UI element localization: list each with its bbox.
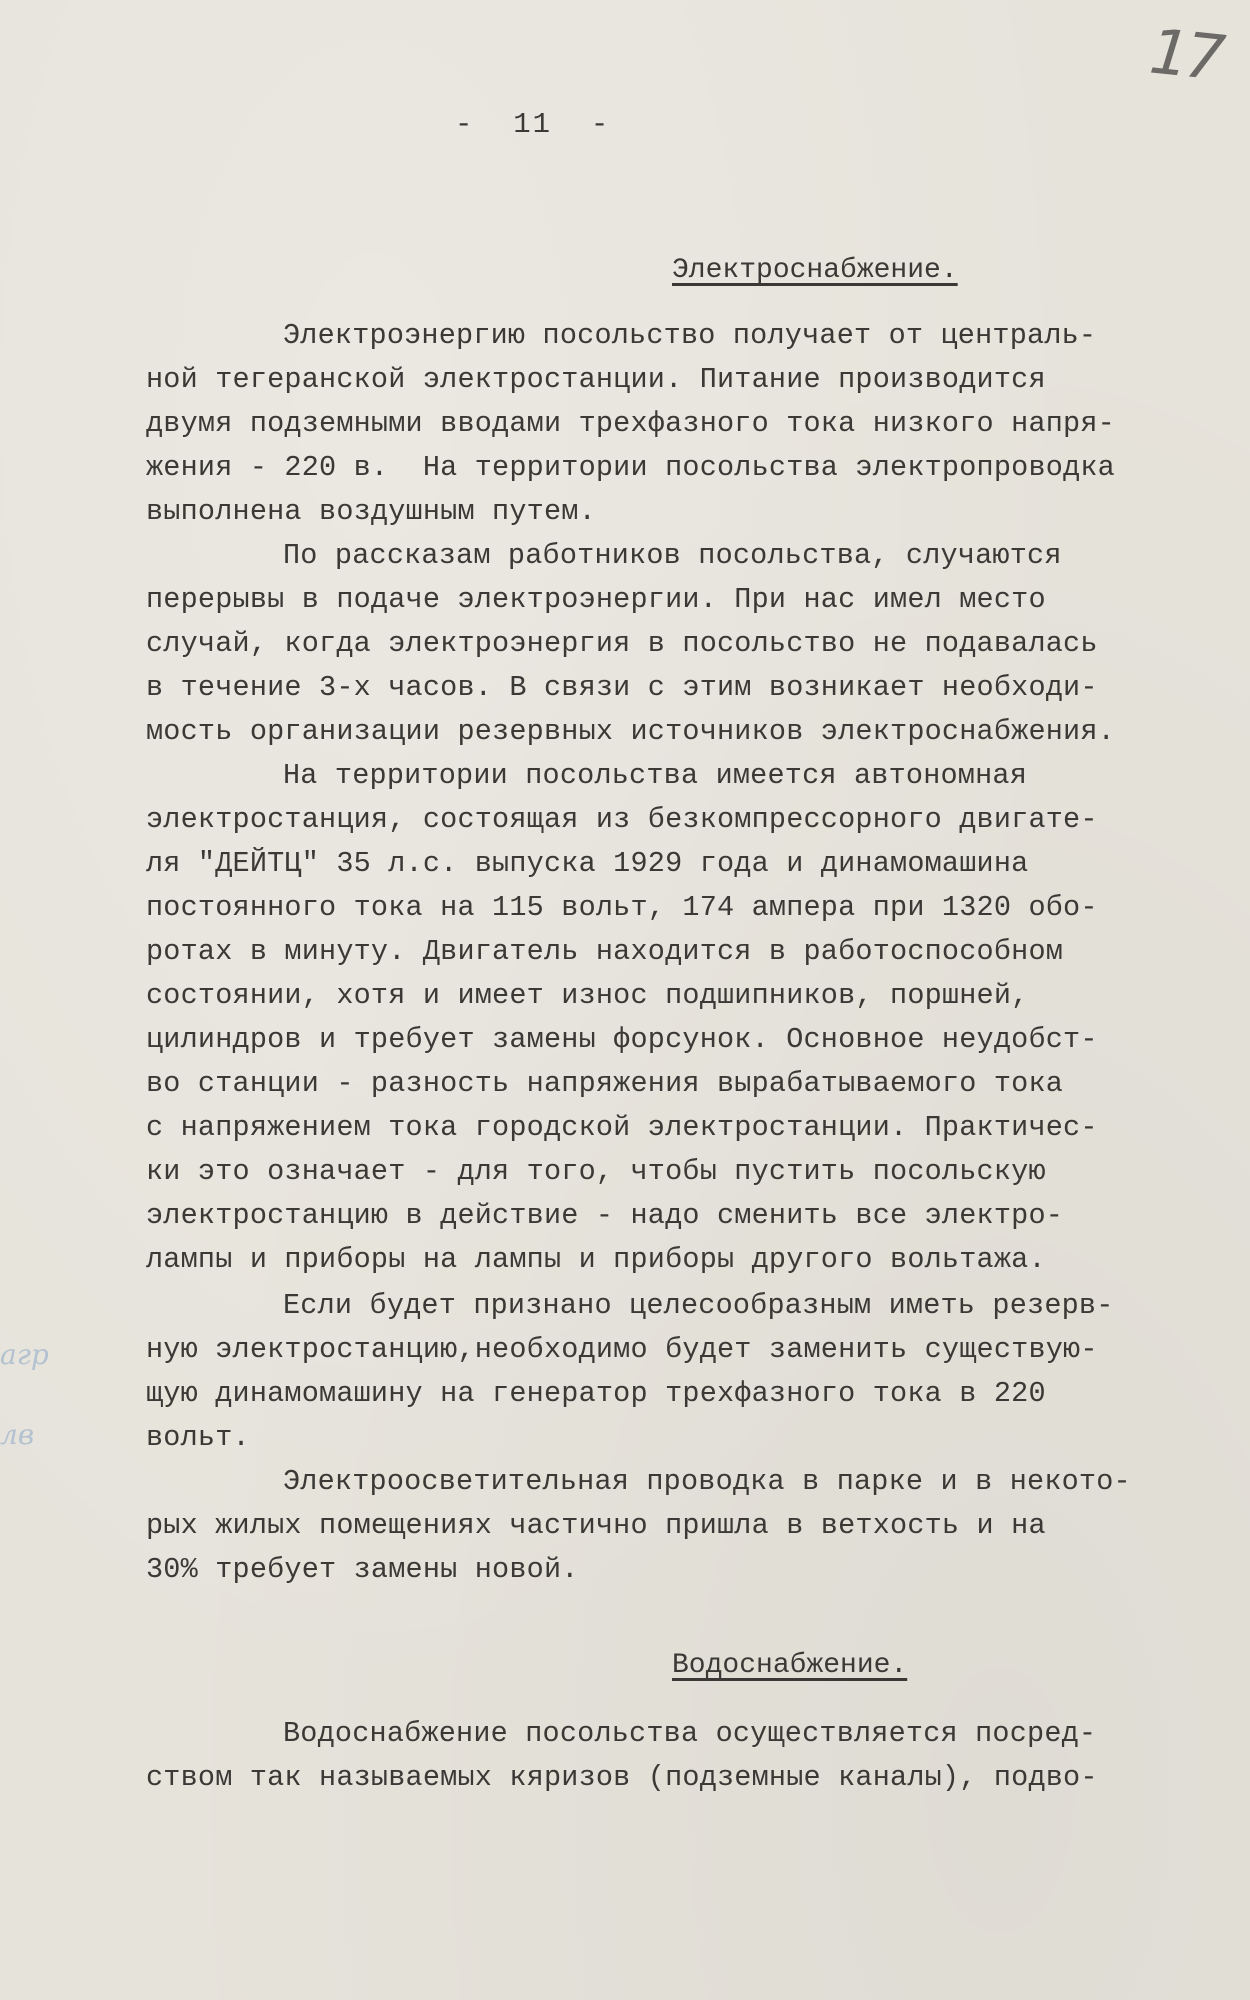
text-line: выполнена воздушным путем. — [146, 490, 1250, 534]
text-line: ротах в минуту. Двигатель находится в ра… — [146, 930, 1250, 974]
text-line: Водоснабжение посольства осуществляется … — [146, 1712, 1250, 1756]
paragraph: Электроосветительная проводка в парке и … — [146, 1460, 1250, 1592]
text-line: цилиндров и требует замены форсунок. Осн… — [146, 1018, 1250, 1062]
text-line: вольт. — [146, 1416, 1250, 1460]
text-line: щую динамомашину на генератор трехфазног… — [146, 1372, 1250, 1416]
text-line: лампы и приборы на лампы и приборы друго… — [146, 1238, 1250, 1282]
text-line: Электроосветительная проводка в парке и … — [146, 1460, 1250, 1504]
page-number: - 11 - — [455, 108, 610, 141]
text-line: мость организации резервных источников э… — [146, 710, 1250, 754]
text-line: с напряжением тока городской электростан… — [146, 1106, 1250, 1150]
text-line: ля "ДЕЙТЦ" 35 л.с. выпуска 1929 года и д… — [146, 842, 1250, 886]
text-line: электростанция, состоящая из безкомпресс… — [146, 798, 1250, 842]
text-line: состоянии, хотя и имеет износ подшипнико… — [146, 974, 1250, 1018]
text-line: во станции - разность напряжения вырабат… — [146, 1062, 1250, 1106]
paragraph: Если будет признано целесообразным иметь… — [146, 1284, 1250, 1460]
text-line: двумя подземными вводами трехфазного ток… — [146, 402, 1250, 446]
text-line: перерывы в подаче электроэнергии. При на… — [146, 578, 1250, 622]
text-line: ством так называемых кяризов (подземные … — [146, 1756, 1250, 1800]
text-line: постоянного тока на 115 вольт, 174 ампер… — [146, 886, 1250, 930]
document-page: 17 - 11 - агр лв Электроснабжение. Элект… — [0, 0, 1250, 2000]
folio-number: 17 — [1146, 14, 1224, 94]
paragraph: Электроэнергию посольство получает от це… — [146, 314, 1250, 534]
text-line: в течение 3-х часов. В связи с этим возн… — [146, 666, 1250, 710]
text-line: жения - 220 в. На территории посольства … — [146, 446, 1250, 490]
margin-annotation: агр — [0, 1338, 49, 1371]
text-line: ную электростанцию,необходимо будет заме… — [146, 1328, 1250, 1372]
text-line: По рассказам работников посольства, случ… — [146, 534, 1250, 578]
text-line: рых жилых помещениях частично пришла в в… — [146, 1504, 1250, 1548]
section-heading: Электроснабжение. — [672, 255, 958, 286]
margin-annotation: лв — [0, 1418, 34, 1451]
text-line: случай, когда электроэнергия в посольств… — [146, 622, 1250, 666]
paragraph: Водоснабжение посольства осуществляется … — [146, 1712, 1250, 1800]
text-line: электростанцию в действие - надо сменить… — [146, 1194, 1250, 1238]
text-line: ной тегеранской электростанции. Питание … — [146, 358, 1250, 402]
paragraph: По рассказам работников посольства, случ… — [146, 534, 1250, 754]
text-line: Электроэнергию посольство получает от це… — [146, 314, 1250, 358]
text-line: Если будет признано целесообразным иметь… — [146, 1284, 1250, 1328]
paragraph: На территории посольства имеется автоном… — [146, 754, 1250, 1282]
text-line: ки это означает - для того, чтобы пустит… — [146, 1150, 1250, 1194]
section-heading: Водоснабжение. — [672, 1650, 907, 1681]
text-line: 30% требует замены новой. — [146, 1548, 1250, 1592]
text-line: На территории посольства имеется автоном… — [146, 754, 1250, 798]
